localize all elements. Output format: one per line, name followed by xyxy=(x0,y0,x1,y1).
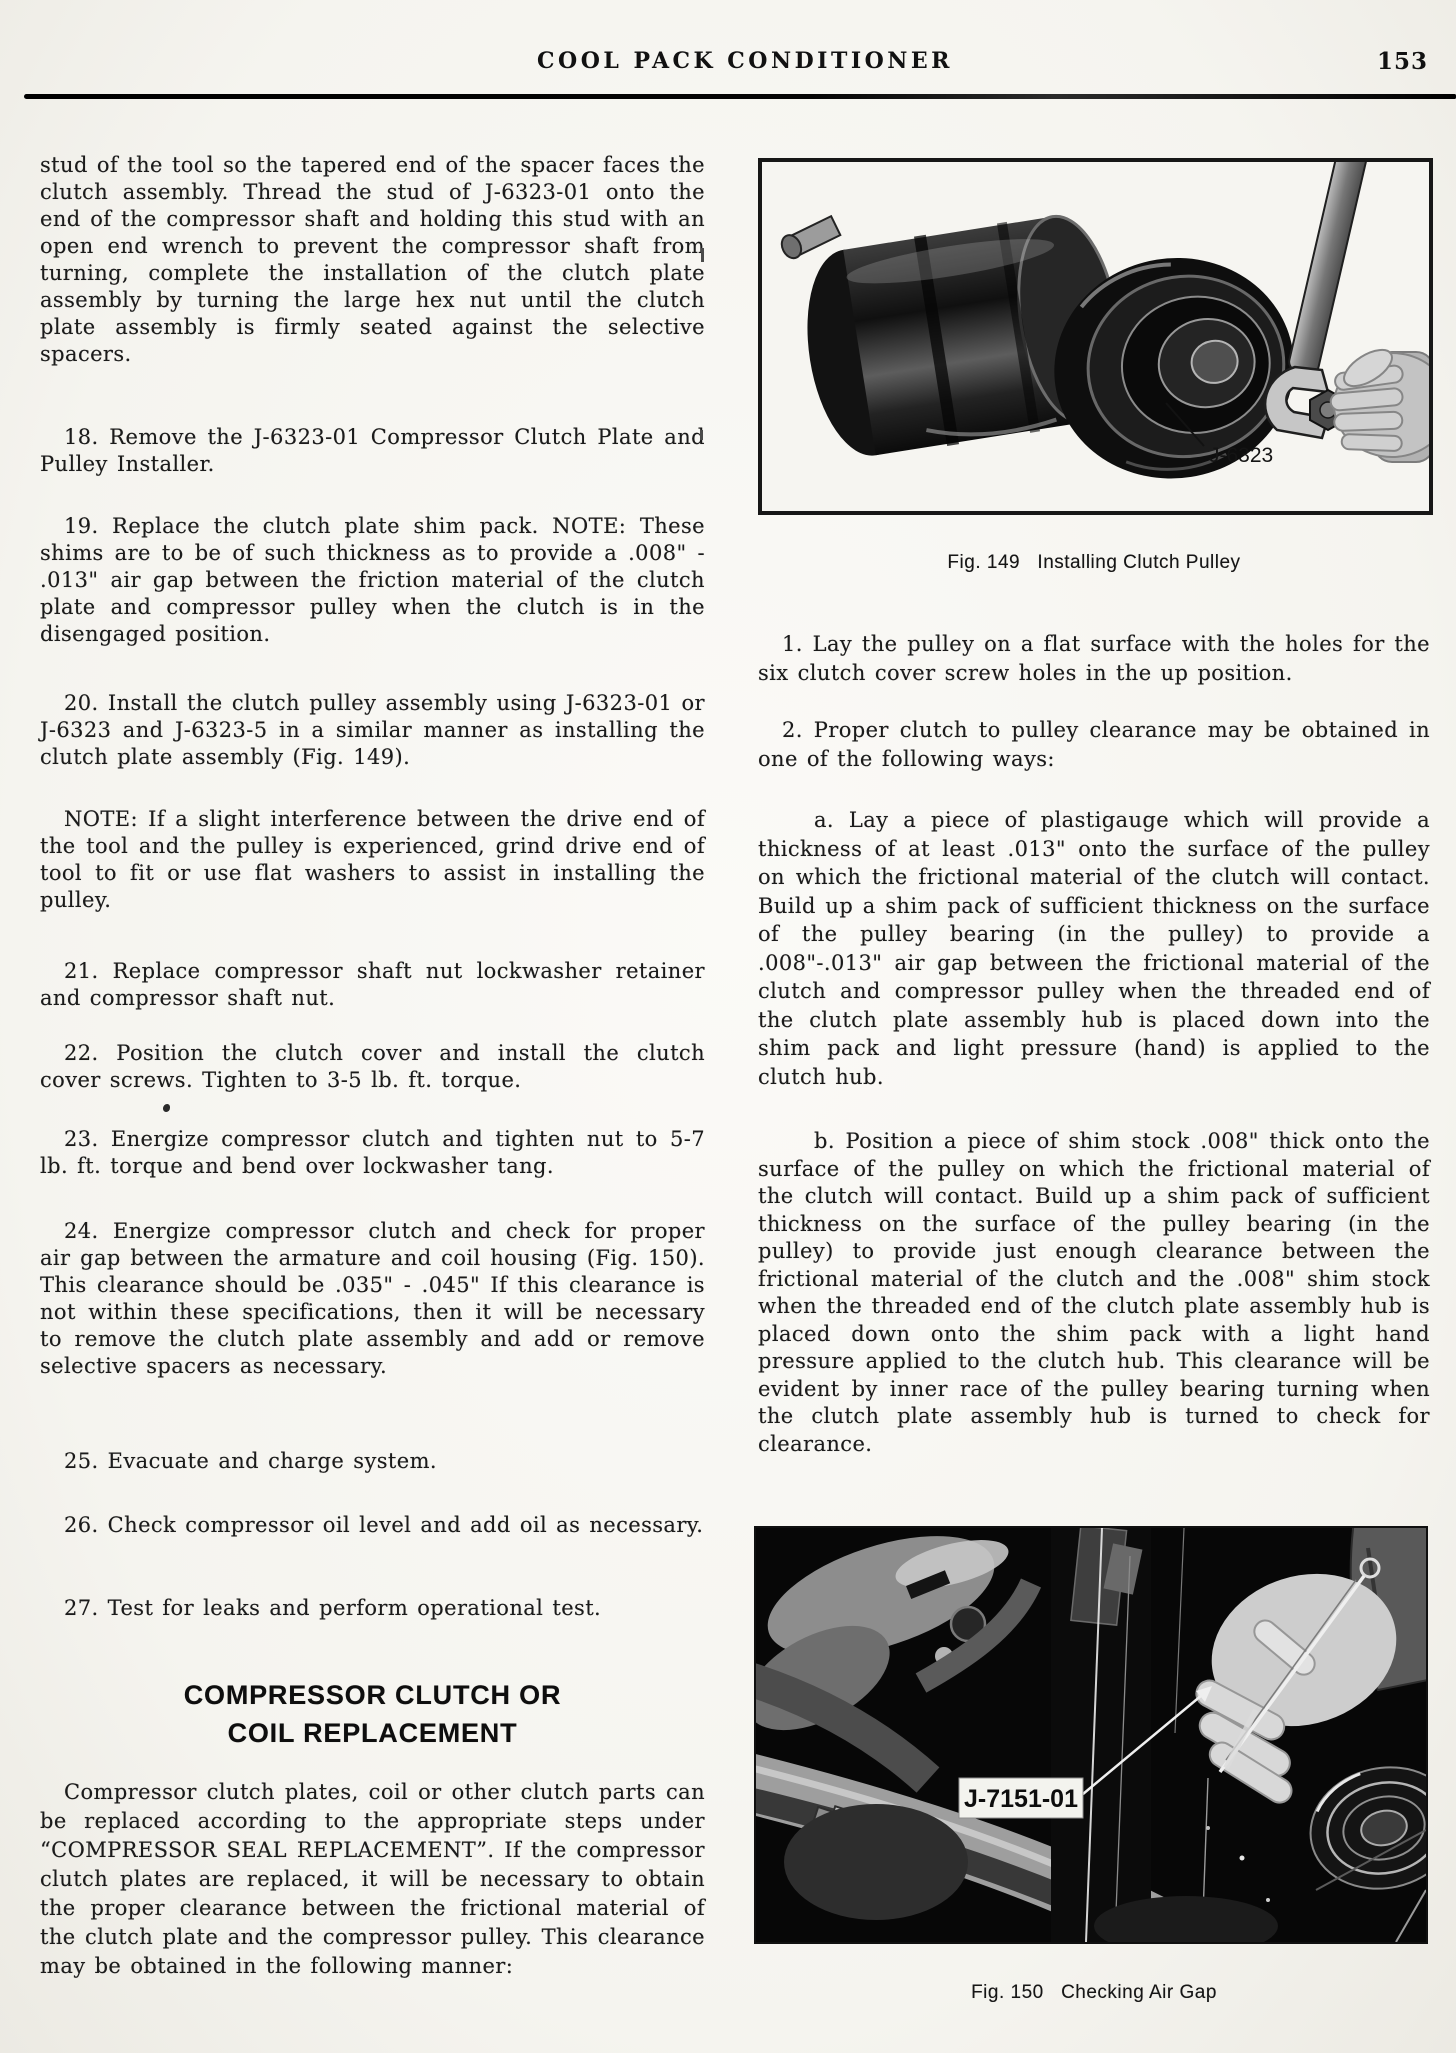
step-item-18: 18. Remove the J-6323-01 Compressor Clut… xyxy=(40,424,705,478)
figure-150-photo: J-7151-01 xyxy=(754,1526,1428,1944)
figure-149-photo: J-6323 xyxy=(758,158,1433,515)
section-heading: COMPRESSOR CLUTCH OR COIL REPLACEMENT xyxy=(40,1676,705,1752)
step-item-21: 21. Replace compressor shaft nut lockwas… xyxy=(40,958,705,1012)
step-item-20: 20. Install the clutch pulley assembly u… xyxy=(40,690,705,771)
step-item-24: 24. Energize compressor clutch and check… xyxy=(40,1218,705,1380)
step-item-25: 25. Evacuate and charge system. xyxy=(40,1448,705,1475)
step-item-23: 23. Energize compressor clutch and tight… xyxy=(40,1126,705,1180)
page-number: 153 xyxy=(1377,48,1428,75)
figure-149-caption: Fig. 149 Installing Clutch Pulley xyxy=(758,552,1430,574)
right-item-2: 2. Proper clutch to pulley clearance may… xyxy=(758,716,1430,774)
scan-speck xyxy=(700,430,703,440)
right-item-a: a. Lay a piece of plastigauge which will… xyxy=(758,806,1430,1091)
right-item-1: 1. Lay the pulley on a flat surface with… xyxy=(758,630,1430,688)
scan-speck xyxy=(701,248,704,262)
step-item-27: 27. Test for leaks and perform operation… xyxy=(40,1595,705,1622)
note-paragraph: NOTE: If a slight interference between t… xyxy=(40,806,705,914)
step-item-22: 22. Position the clutch cover and instal… xyxy=(40,1040,705,1094)
checking-air-gap-photo: J-7151-01 xyxy=(756,1528,1426,1942)
hand xyxy=(1330,343,1429,462)
figure-150-caption: Fig. 150 Checking Air Gap xyxy=(758,1982,1430,2004)
figure-150-callout-label: J-7151-01 xyxy=(964,1785,1078,1813)
section-heading-line1: COMPRESSOR CLUTCH OR xyxy=(40,1676,705,1714)
step-item-26: 26. Check compressor oil level and add o… xyxy=(40,1512,705,1539)
page-header-title: COOL PACK CONDITIONER xyxy=(0,48,1456,74)
closing-paragraph: Compressor clutch plates, coil or other … xyxy=(40,1778,705,1981)
figure-149-callout-label: J-6323 xyxy=(1209,444,1273,467)
right-item-b: b. Position a piece of shim stock .008" … xyxy=(758,1128,1430,1458)
header-rule xyxy=(24,94,1456,99)
body-paragraph-continuation: stud of the tool so the tapered end of t… xyxy=(40,152,705,368)
scan-artifact xyxy=(163,1104,170,1112)
compressor-fitting xyxy=(778,214,841,261)
manual-page: COOL PACK CONDITIONER 153 stud of the to… xyxy=(0,0,1456,2053)
installing-clutch-pulley-illustration: J-6323 xyxy=(762,162,1429,511)
step-item-19: 19. Replace the clutch plate shim pack. … xyxy=(40,513,705,648)
section-heading-line2: COIL REPLACEMENT xyxy=(40,1714,705,1752)
